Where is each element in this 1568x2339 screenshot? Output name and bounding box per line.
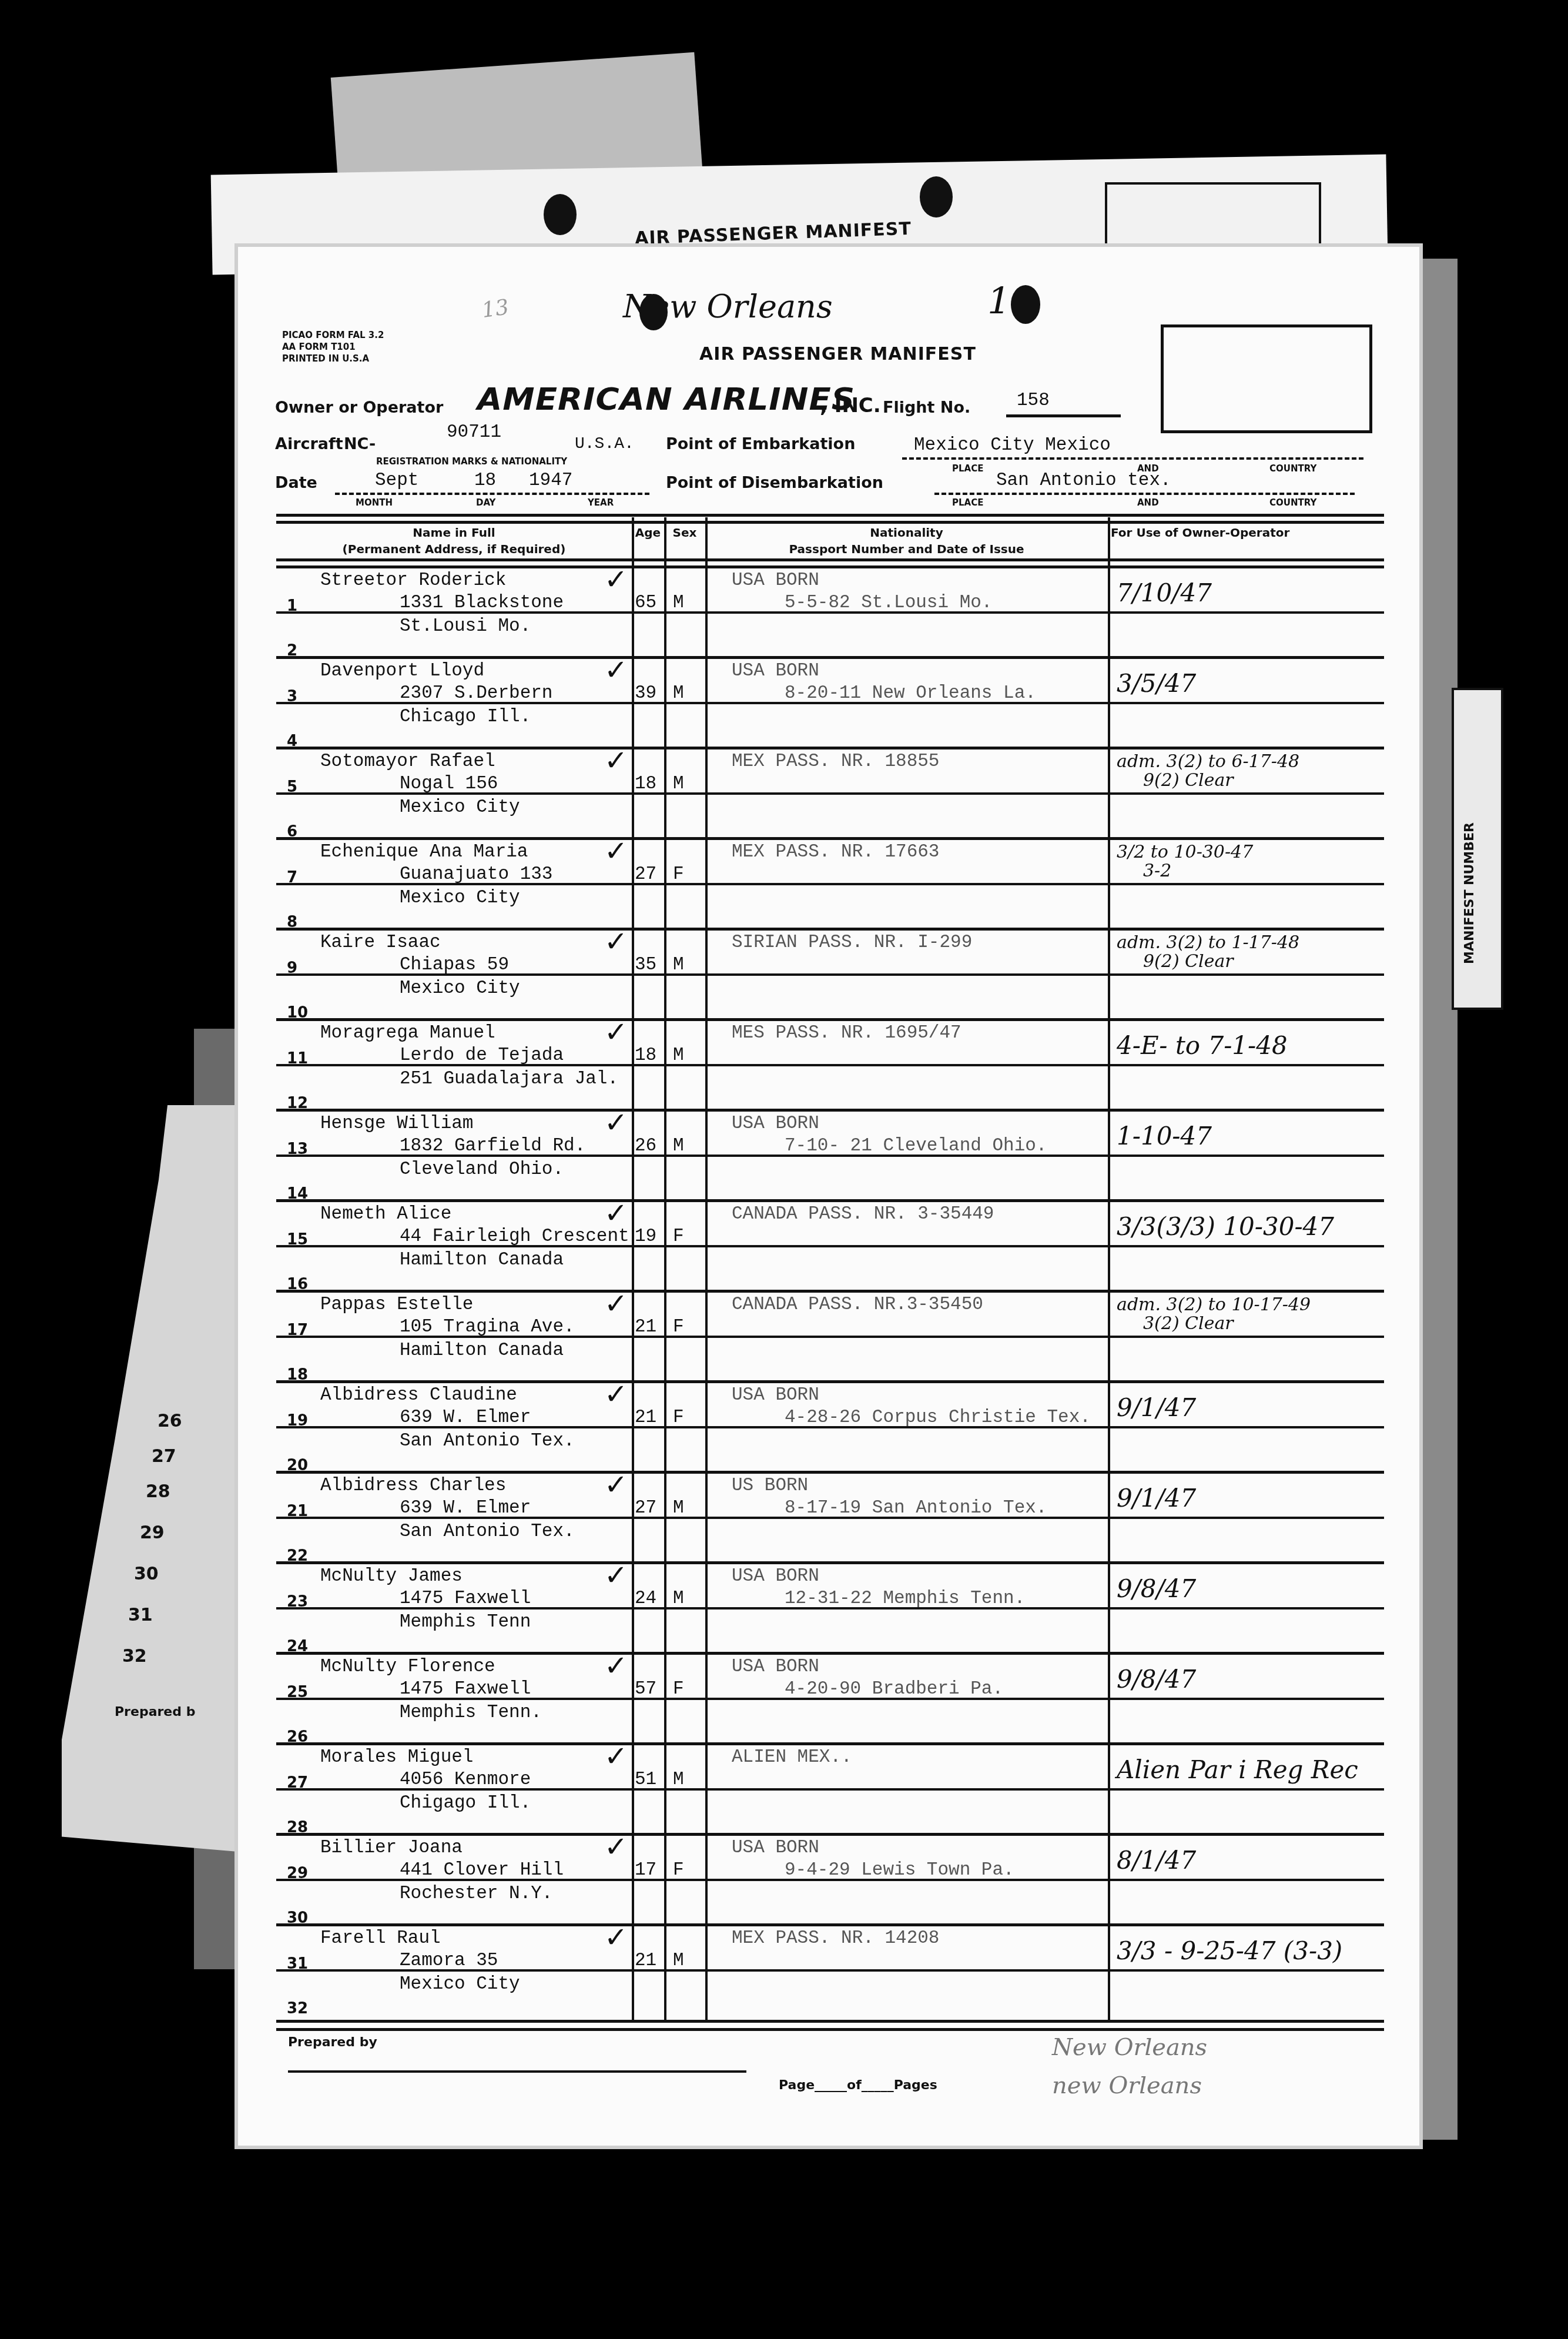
passenger-birth-info: 9-4-29 Lewis Town Pa. [785, 1860, 1014, 1880]
passenger-birth-info: 12-31-22 Memphis Tenn. [785, 1588, 1025, 1609]
owner-remark: Alien Par i Reg Rec [1117, 1755, 1358, 1784]
row-divider [276, 1833, 1384, 1836]
row-divider [276, 1471, 1384, 1474]
row-divider [276, 1426, 1384, 1428]
form-code: PICAO FORM FAL 3.2 AA FORM T101 PRINTED … [282, 329, 384, 364]
passenger-sex: M [673, 1498, 684, 1518]
row-divider [276, 1109, 1384, 1112]
passenger-nationality: USA BORN [732, 1113, 819, 1134]
passenger-address-line-1: 441 Clover Hill [400, 1860, 564, 1880]
passenger-nationality: USA BORN [732, 1566, 819, 1587]
column-header-nationality-label: Nationality [705, 524, 1108, 541]
passenger-address-line-2: Memphis Tenn [400, 1612, 531, 1632]
passenger-address-line-1: Nogal 156 [400, 774, 498, 794]
place-sublabel: PLACE [952, 497, 983, 508]
passenger-address-line-2: St.Lousi Mo. [400, 616, 531, 637]
owner-remark: 3/5/47 [1117, 669, 1196, 698]
passenger-address-line-1: 2307 S.Derbern [400, 683, 552, 704]
disembarkation-value: San Antonio tex. [996, 470, 1171, 491]
row-divider [276, 928, 1384, 931]
table-bottom-rule [276, 2020, 1384, 2023]
passenger-nationality: MEX PASS. NR. 18855 [732, 751, 939, 772]
owner-remark: 9/8/47 [1117, 1574, 1196, 1603]
checkmark-icon: ✓ [604, 1831, 628, 1863]
passenger-sex: F [673, 1860, 684, 1880]
passenger-name: Nemeth Alice [320, 1204, 451, 1224]
passenger-name: Farell Raul [320, 1928, 441, 1949]
checkmark-icon: ✓ [604, 1197, 628, 1230]
row-divider [276, 702, 1384, 704]
prepared-by-label: Prepared by [288, 2035, 377, 2050]
passenger-address-line-2: Hamilton Canada [400, 1340, 564, 1361]
passenger-name: Davenport Lloyd [320, 661, 484, 681]
passenger-age: 39 [635, 683, 656, 704]
owner-remark: 7/10/47 [1117, 578, 1212, 607]
passenger-age: 65 [635, 593, 656, 613]
row-divider [276, 1788, 1384, 1791]
date-day: 18 [474, 470, 496, 491]
column-divider [632, 517, 634, 2022]
month-sublabel: MONTH [356, 497, 393, 508]
owner-remark-secondary: 3(2) Clear [1143, 1314, 1234, 1333]
passenger-age: 57 [635, 1679, 656, 1699]
row-divider [276, 1336, 1384, 1338]
passenger-nationality: US BORN [732, 1475, 808, 1496]
ink-smudge: new Orleans [1052, 2072, 1202, 2099]
passenger-nationality: SIRIAN PASS. NR. I-299 [732, 932, 972, 953]
row-divider [276, 1607, 1384, 1609]
passenger-age: 21 [635, 1950, 656, 1971]
prepared-by-line [288, 2070, 746, 2073]
disembarkation-line [934, 493, 1355, 495]
column-header-age: Age [632, 524, 664, 541]
header-bottom-rule [276, 558, 1384, 561]
checkmark-icon: ✓ [604, 654, 628, 687]
passenger-age: 26 [635, 1136, 656, 1156]
embarkation-label: Point of Embarkation [666, 435, 855, 453]
passenger-name: McNulty Florence [320, 1657, 495, 1677]
passenger-name: Albidress Claudine [320, 1385, 517, 1406]
punch-hole-icon [1011, 285, 1040, 324]
back-row-number: 32 [122, 1646, 147, 1667]
checkmark-icon: ✓ [604, 1106, 628, 1139]
row-divider [276, 747, 1384, 749]
passenger-sex: M [673, 1045, 684, 1066]
passenger-address-line-2: Hamilton Canada [400, 1250, 564, 1270]
checkmark-icon: ✓ [604, 925, 628, 958]
passenger-nationality: USA BORN [732, 1385, 819, 1406]
back-row-number: 30 [134, 1564, 159, 1584]
passenger-address-line-2: 251 Guadalajara Jal. [400, 1069, 618, 1089]
passenger-nationality: USA BORN [732, 1838, 819, 1858]
passenger-name: Echenique Ana Maria [320, 842, 528, 862]
aircraft-nationality: U.S.A. [575, 435, 634, 453]
owner-remark: 3/3 - 9-25-47 (3-3) [1117, 1936, 1342, 1965]
embarkation-value: Mexico City Mexico [914, 435, 1111, 456]
column-header-sex: Sex [664, 524, 705, 541]
passenger-nationality: USA BORN [732, 570, 819, 591]
owner-remark: 8/1/47 [1117, 1846, 1196, 1875]
country-sublabel: COUNTRY [1269, 497, 1316, 508]
aircraft-prefix: NC- [344, 435, 376, 453]
checkmark-icon: ✓ [604, 744, 628, 777]
passenger-name: Albidress Charles [320, 1475, 506, 1496]
manifest-number-label: MANIFEST NUMBER [1462, 822, 1477, 964]
page-count-label: Page_____of_____Pages [779, 2078, 937, 2093]
form-code-line: PRINTED IN U.S.A [282, 353, 384, 364]
back-row-number: 28 [146, 1481, 170, 1502]
passenger-address-line-2: Chicago Ill. [400, 707, 531, 727]
passenger-address-line-2: Mexico City [400, 1974, 520, 1995]
passenger-name: Pappas Estelle [320, 1294, 473, 1315]
aircraft-label: Aircraft [275, 435, 343, 453]
row-divider [276, 1652, 1384, 1655]
passenger-sex: F [673, 1407, 684, 1428]
passenger-address-line-1: 1832 Garfield Rd. [400, 1136, 585, 1156]
row-divider [276, 1290, 1384, 1293]
column-divider [664, 517, 666, 2022]
table-top-rule [276, 521, 1384, 524]
passenger-name: Moragrega Manuel [320, 1023, 495, 1043]
checkmark-icon: ✓ [604, 1921, 628, 1954]
column-header-name-label: Name in Full [276, 524, 632, 541]
passenger-address-line-1: Zamora 35 [400, 1950, 498, 1971]
passenger-address-line-2: Mexico City [400, 888, 520, 908]
table-top-rule [276, 514, 1384, 517]
passenger-nationality: CANADA PASS. NR. 3-35449 [732, 1204, 994, 1224]
country-sublabel: COUNTRY [1269, 463, 1316, 474]
owner-remark-secondary: 9(2) Clear [1143, 771, 1234, 790]
passenger-age: 27 [635, 864, 656, 885]
row-divider [276, 1245, 1384, 1247]
passenger-address-line-2: Rochester N.Y. [400, 1883, 552, 1904]
owner-remark: 4-E- to 7-1-48 [1117, 1031, 1288, 1060]
header-bottom-rule [276, 565, 1384, 568]
passenger-nationality: MES PASS. NR. 1695/47 [732, 1023, 961, 1043]
passenger-address-line-1: 4056 Kenmore [400, 1769, 531, 1790]
passenger-sex: M [673, 1769, 684, 1790]
passenger-address-line-1: 105 Tragina Ave. [400, 1317, 575, 1337]
owner-suffix: , INC. [820, 394, 881, 417]
passenger-address-line-2: San Antonio Tex. [400, 1521, 575, 1542]
date-month: Sept [375, 470, 418, 491]
row-divider [276, 1923, 1384, 1926]
passenger-birth-info: 7-10- 21 Cleveland Ohio. [785, 1136, 1047, 1156]
passenger-age: 24 [635, 1588, 656, 1609]
passenger-address-line-1: Guanajuato 133 [400, 864, 552, 885]
passenger-birth-info: 8-17-19 San Antonio Tex. [785, 1498, 1047, 1518]
back-row-number: 29 [140, 1522, 165, 1543]
passenger-address-line-2: Mexico City [400, 797, 520, 818]
passenger-nationality: ALIEN MEX.. [732, 1747, 852, 1768]
checkmark-icon: ✓ [604, 1378, 628, 1411]
passenger-address-line-2: Memphis Tenn. [400, 1702, 542, 1723]
owner-remark: 1-10-47 [1117, 1122, 1212, 1150]
and-sublabel: AND [1137, 497, 1159, 508]
owner-remark: 9/1/47 [1117, 1393, 1196, 1422]
passenger-nationality: MEX PASS. NR. 14208 [732, 1928, 939, 1949]
passenger-birth-info: 5-5-82 St.Lousi Mo. [785, 593, 992, 613]
passenger-name: Sotomayor Rafael [320, 751, 495, 772]
owner-remark: 3/2 to 10-30-47 [1117, 843, 1253, 862]
row-divider [276, 883, 1384, 885]
checkmark-icon: ✓ [604, 1016, 628, 1049]
passenger-age: 17 [635, 1860, 656, 1880]
date-line [335, 493, 649, 495]
row-divider [276, 1018, 1384, 1021]
row-divider [276, 611, 1384, 614]
owner-remark: adm. 3(2) to 6-17-48 [1117, 752, 1299, 771]
passenger-sex: M [673, 955, 684, 975]
column-header-owner-use: For Use of Owner-Operator [1111, 524, 1384, 541]
stamp-box [1161, 324, 1372, 433]
row-divider [276, 1380, 1384, 1383]
checkmark-icon: ✓ [604, 1468, 628, 1501]
column-divider [1108, 517, 1110, 2022]
day-sublabel: DAY [476, 497, 496, 508]
manifest-number-tab [1452, 688, 1503, 1010]
row-divider [276, 1879, 1384, 1881]
passenger-age: 27 [635, 1498, 656, 1518]
passenger-age: 19 [635, 1226, 656, 1247]
flight-underline [1006, 414, 1121, 417]
checkmark-icon: ✓ [604, 835, 628, 868]
back-sheet-right-edge [1416, 259, 1458, 2140]
back-prepared-label: Prepared b [115, 1705, 195, 1719]
table-bottom-rule [276, 2028, 1384, 2031]
row-divider [276, 1561, 1384, 1564]
aircraft-number: 90711 [447, 422, 501, 443]
passenger-age: 21 [635, 1407, 656, 1428]
checkmark-icon: ✓ [604, 563, 628, 596]
owner-remark-secondary: 9(2) Clear [1143, 952, 1234, 971]
owner-remark: 9/8/47 [1117, 1665, 1196, 1694]
form-title: AIR PASSENGER MANIFEST [699, 344, 976, 364]
row-divider [276, 1064, 1384, 1066]
punch-hole-icon [639, 294, 668, 330]
row-divider [276, 1969, 1384, 1972]
owner-remark: 9/1/47 [1117, 1484, 1196, 1513]
passenger-sex: F [673, 864, 684, 885]
column-divider [705, 517, 708, 2022]
column-header-name: Name in Full (Permanent Address, if Requ… [276, 524, 632, 557]
passenger-age: 18 [635, 1045, 656, 1066]
column-header-nationality: Nationality Passport Number and Date of … [705, 524, 1108, 557]
date-label: Date [275, 474, 317, 492]
year-sublabel: YEAR [588, 497, 614, 508]
passenger-birth-info: 4-20-90 Bradberi Pa. [785, 1679, 1003, 1699]
form-code-line: AA FORM T101 [282, 341, 384, 353]
back-sheet-left [62, 1105, 238, 1852]
owner-remark-secondary: 3-2 [1143, 862, 1171, 881]
passenger-age: 18 [635, 774, 656, 794]
passenger-address-line-1: Lerdo de Tejada [400, 1045, 564, 1066]
embarkation-line [902, 457, 1363, 460]
row-divider [276, 837, 1384, 840]
passenger-nationality: CANADA PASS. NR.3-35450 [732, 1294, 983, 1315]
row-divider [276, 1517, 1384, 1519]
passenger-sex: M [673, 1588, 684, 1609]
handwritten-page-number: 1 [987, 279, 1010, 322]
passenger-address-line-1: 1475 Faxwell [400, 1588, 531, 1609]
row-divider [276, 973, 1384, 976]
column-header-nationality-sublabel: Passport Number and Date of Issue [705, 541, 1108, 557]
passenger-sex: M [673, 593, 684, 613]
passenger-address-line-1: 44 Fairleigh Crescent [400, 1226, 629, 1247]
passenger-address-line-2: Cleveland Ohio. [400, 1159, 564, 1180]
passenger-address-line-1: 639 W. Elmer [400, 1498, 531, 1518]
checkmark-icon: ✓ [604, 1287, 628, 1320]
passenger-name: Billier Joana [320, 1838, 463, 1858]
passenger-nationality: USA BORN [732, 661, 819, 681]
aircraft-sublabel: REGISTRATION MARKS & NATIONALITY [376, 456, 567, 467]
row-divider [276, 792, 1384, 795]
passenger-address-line-1: Chiapas 59 [400, 955, 509, 975]
owner-label: Owner or Operator [275, 399, 443, 417]
ink-smudge: New Orleans [1052, 2034, 1207, 2061]
passenger-name: Kaire Isaac [320, 932, 441, 953]
row-divider [276, 1155, 1384, 1157]
passenger-name: Morales Miguel [320, 1747, 473, 1768]
disembarkation-label: Point of Disembarkation [666, 474, 883, 492]
passenger-sex: F [673, 1226, 684, 1247]
passenger-sex: F [673, 1317, 684, 1337]
passenger-name: Hensge William [320, 1113, 473, 1134]
row-number: 32 [287, 2000, 308, 2017]
date-year: 1947 [529, 470, 572, 491]
passenger-address-line-2: Chigago Ill. [400, 1793, 531, 1813]
passenger-nationality: MEX PASS. NR. 17663 [732, 842, 939, 862]
column-header-name-sublabel: (Permanent Address, if Required) [276, 541, 632, 557]
passenger-address-line-2: San Antonio Tex. [400, 1431, 575, 1451]
punch-hole-icon [544, 194, 577, 235]
form-code-line: PICAO FORM FAL 3.2 [282, 329, 384, 341]
owner-remark: adm. 3(2) to 10-17-49 [1117, 1296, 1311, 1314]
passenger-age: 51 [635, 1769, 656, 1790]
row-divider [276, 1199, 1384, 1202]
handwritten-faint-note: 13 [480, 295, 510, 323]
passenger-sex: M [673, 683, 684, 704]
row-divider [276, 656, 1384, 659]
owner-remark: adm. 3(2) to 1-17-48 [1117, 933, 1299, 952]
passenger-birth-info: 4-28-26 Corpus Christie Tex. [785, 1407, 1091, 1428]
passenger-address-line-1: 1331 Blackstone [400, 593, 564, 613]
passenger-age: 35 [635, 955, 656, 975]
passenger-sex: M [673, 1950, 684, 1971]
passenger-sex: M [673, 1136, 684, 1156]
passenger-name: Streetor Roderick [320, 570, 506, 591]
passenger-nationality: USA BORN [732, 1657, 819, 1677]
row-divider [276, 1698, 1384, 1700]
place-sublabel: PLACE [952, 463, 983, 474]
passenger-sex: F [673, 1679, 684, 1699]
back-row-number: 26 [158, 1411, 182, 1431]
row-divider [276, 1742, 1384, 1745]
punch-hole-icon [920, 176, 953, 217]
passenger-age: 21 [635, 1317, 656, 1337]
flight-label: Flight No. [883, 399, 970, 417]
owner-remark: 3/3(3/3) 10-30-47 [1117, 1212, 1334, 1241]
passenger-birth-info: 8-20-11 New Orleans La. [785, 683, 1036, 704]
passenger-address-line-2: Mexico City [400, 978, 520, 999]
passenger-name: McNulty James [320, 1566, 463, 1587]
passenger-address-line-1: 1475 Faxwell [400, 1679, 531, 1699]
back-row-number: 31 [128, 1605, 153, 1625]
back-row-number: 27 [152, 1446, 176, 1467]
checkmark-icon: ✓ [604, 1740, 628, 1773]
flight-number: 158 [1017, 390, 1050, 411]
checkmark-icon: ✓ [604, 1649, 628, 1682]
passenger-sex: M [673, 774, 684, 794]
passenger-address-line-1: 639 W. Elmer [400, 1407, 531, 1428]
owner-name: AMERICAN AIRLINES [477, 382, 855, 417]
checkmark-icon: ✓ [604, 1559, 628, 1592]
